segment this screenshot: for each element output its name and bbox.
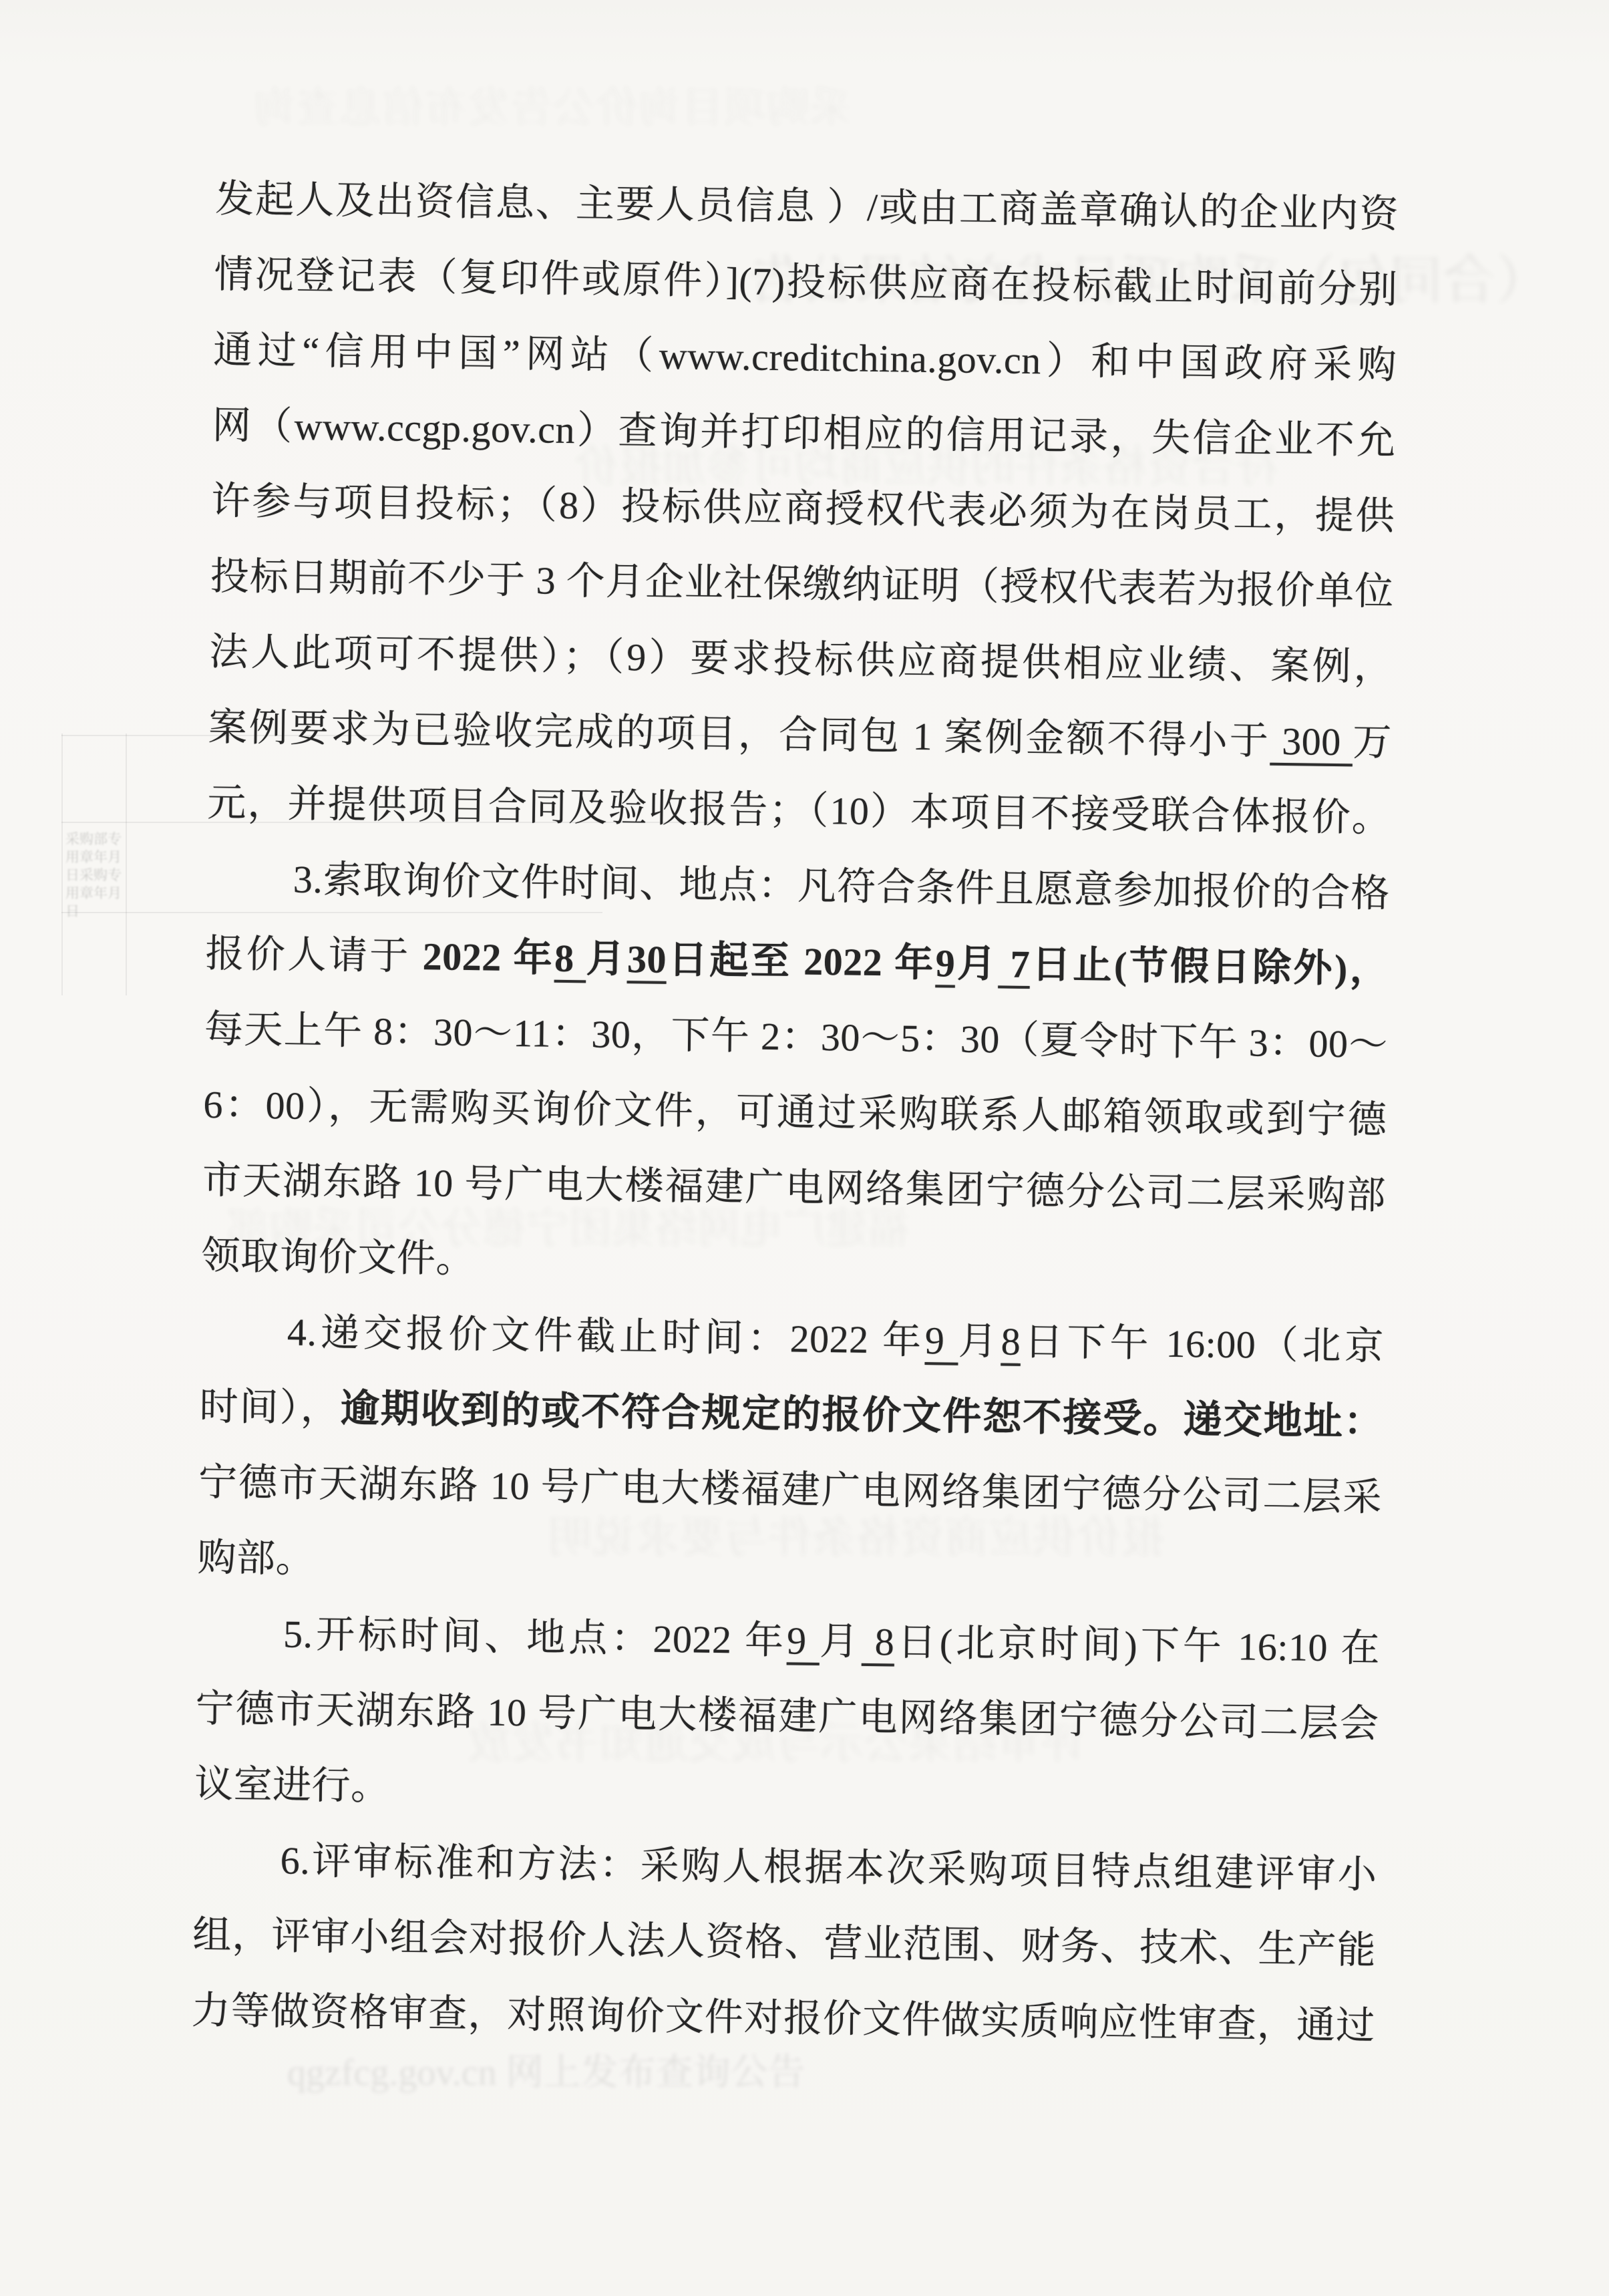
underlined-amount: 300 [1270, 719, 1353, 764]
underlined-date: 9 [787, 1619, 820, 1663]
text-segment: 投标日期前不少于 3 个月企业社保缴纳证明（授权代表若为报价单位 [210, 554, 1394, 613]
text-segment: 6.评审标准和方法：采购人根据本次采购项目特点组建评审小 [280, 1838, 1377, 1896]
text-segment: 力等做资格审查，对照询价文件对报价文件做实质响应性审查，通过 [191, 1989, 1375, 2047]
underlined-date: 30 [627, 937, 667, 981]
text-segment: 元，并提供项目合同及验收报告；（10）本项目不接受联合体报价。 [207, 781, 1391, 840]
text-segment: 月 [955, 942, 999, 986]
text-segment: 许参与项目投标；（8）投标供应商授权代表必须为在岗员工，提供 [211, 479, 1395, 538]
text-segment: 案例要求为已验收完成的项目，合同包 1 案例金额不得小于 [208, 705, 1270, 763]
text-segment: 领取询价文件。 [201, 1234, 475, 1281]
underlined-date: 9 [925, 1319, 959, 1363]
text-segment: 时间）， [199, 1385, 341, 1430]
underlined-date: 9 [935, 941, 955, 985]
text-segment: 情况登记表（复印件或原件）](7)投标供应商在投标截止时间前分别 [214, 253, 1398, 311]
text-segment: 购部。 [197, 1536, 315, 1581]
text-segment: 日下午 16:00（北京 [1021, 1320, 1385, 1368]
text-segment: 日(北京时间)下午 16:10 在 [894, 1620, 1381, 1670]
text-segment: 月 [958, 1319, 1001, 1363]
text-segment: 报价人请于 [205, 932, 423, 978]
underlined-date: 8 [1001, 1320, 1021, 1363]
text-segment: 日起至 2022 年 [667, 938, 936, 985]
bleedthrough-table-line [126, 733, 127, 995]
doc-line: 力等做资格审查，对照询价文件对报价文件做实质响应性审查，通过 [191, 1973, 1375, 2064]
underlined-date: 8 [554, 937, 586, 981]
text-segment: 通过“信用中国”网站（www.creditchina.gov.cn）和中国政府采… [213, 328, 1397, 387]
text-segment: 3.索取询价文件时间、地点：凡符合条件且愿意参加报价的合格 [293, 858, 1391, 915]
text-segment-bold: 逾期收到的或不符合规定的报价文件恕不接受。递交地址： [340, 1387, 1383, 1444]
document-text: 发起人及出资信息、主要人员信息 ）/或由工商盖章确认的企业内资 情况登记表（复印… [191, 161, 1399, 2064]
text-segment: 万 [1353, 720, 1392, 764]
doc-line: 宁德市天湖东路 10 号广电大楼福建广电网络集团宁德分公司二层采 [198, 1444, 1382, 1535]
scanned-document-page: 采购项目询价公告发布信息查询 （合同包）采购项目成交结果公告 符合资格条件的供应… [0, 0, 1609, 2296]
text-segment: 法人此项可不提供）；（9）要求投标供应商提供相应业绩、案例， [209, 630, 1393, 689]
text-segment: 宁德市天湖东路 10 号广电大楼福建广电网络集团宁德分公司二层采 [198, 1460, 1383, 1519]
underlined-date: 7 [998, 942, 1030, 986]
text-segment: 5.开标时间、地点：2022 年 [283, 1613, 787, 1663]
text-segment: 组，评审小组会对报价人法人资格、营业范围、财务、技术、生产能 [192, 1913, 1377, 1972]
text-segment: 2022 年 [422, 935, 554, 980]
bleedthrough-text: 采购项目询价公告发布信息查询 [254, 73, 852, 135]
bleedthrough-cell-text: 采购部专用章年月日采购专用章年月日 [65, 830, 124, 921]
text-segment: 每天上午 8：30～11：30，下午 2：30～5：30（夏令时下午 3：00～ [204, 1007, 1389, 1066]
text-segment: 月 [586, 937, 627, 981]
bleedthrough-table-line [61, 733, 63, 995]
text-segment: 6：00），无需购买询价文件，可通过采购联系人邮箱领取或到宁德 [203, 1083, 1387, 1142]
text-segment: 网（www.ccgp.gov.cn）查询并打印相应的信用记录，失信企业不允 [212, 403, 1396, 462]
text-segment: 议室进行。 [194, 1762, 390, 1808]
text-segment: 月 [820, 1619, 862, 1663]
text-segment: 宁德市天湖东路 10 号广电大楼福建广电网络集团宁德分公司二层会 [195, 1687, 1379, 1746]
text-segment: 日止(节假日除外)， [1030, 943, 1389, 991]
text-segment: 4.递交报价文件截止时间：2022 年 [287, 1311, 926, 1362]
underlined-date: 8 [862, 1620, 895, 1664]
text-segment: 发起人及出资信息、主要人员信息 ）/或由工商盖章确认的企业内资 [215, 177, 1399, 236]
text-segment: 市天湖东路 10 号广电大楼福建广电网络集团宁德分公司二层采购部 [202, 1158, 1387, 1217]
